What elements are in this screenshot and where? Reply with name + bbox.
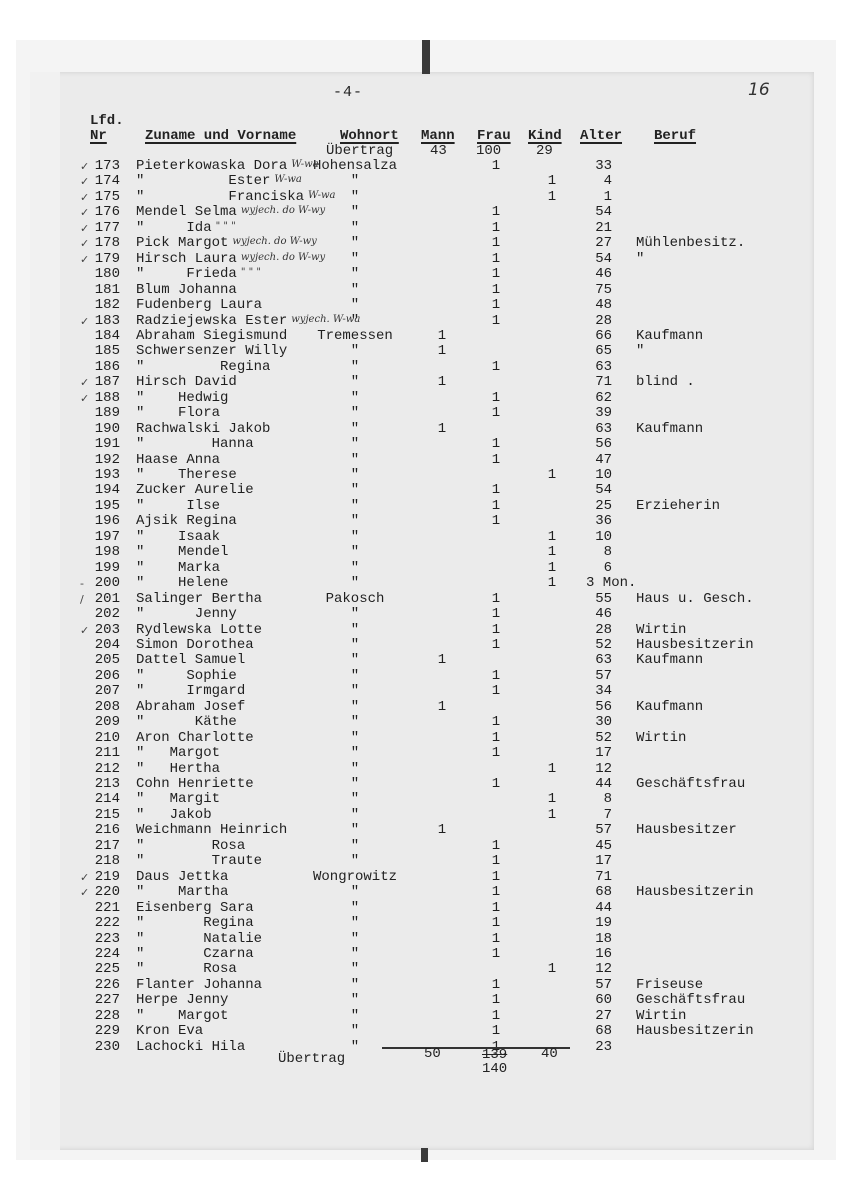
- row-age: 63: [586, 653, 612, 668]
- table-row: ✓220" Martha"168Hausbesitzerin: [0, 885, 848, 900]
- row-number: 202: [90, 607, 120, 622]
- table-row: 222" Regina"119: [0, 916, 848, 931]
- row-name: " Ester: [136, 174, 270, 189]
- check-mark-icon: ✓: [80, 885, 89, 900]
- row-age: 6: [586, 561, 612, 576]
- row-age: 56: [586, 437, 612, 452]
- row-age: 19: [586, 916, 612, 931]
- row-age: 44: [586, 777, 612, 792]
- row-frau-count: 1: [488, 499, 504, 514]
- table-row: ✓219Daus JettkaWongrowitz171: [0, 870, 848, 885]
- row-name: Abraham Josef: [136, 700, 245, 715]
- row-number: 187: [90, 375, 120, 390]
- row-mann-count: 1: [434, 329, 450, 344]
- row-residence: ": [300, 499, 410, 514]
- row-occupation: Kaufmann: [636, 422, 703, 437]
- archive-number: 16: [748, 80, 770, 100]
- table-row: 195" Ilse"125Erzieherin: [0, 499, 848, 514]
- row-frau-count: 1: [488, 514, 504, 529]
- row-name: " Käthe: [136, 715, 237, 730]
- row-age: 25: [586, 499, 612, 514]
- row-residence: ": [300, 623, 410, 638]
- table-row: 228" Margot"127Wirtin: [0, 1009, 848, 1024]
- row-number: 200: [90, 576, 120, 591]
- row-mann-count: 1: [434, 823, 450, 838]
- row-age: 54: [586, 205, 612, 220]
- row-age: 68: [586, 885, 612, 900]
- row-name: " Hedwig: [136, 391, 228, 406]
- carry-out-mann: 50: [424, 1046, 441, 1062]
- row-residence: ": [300, 839, 410, 854]
- row-residence: ": [300, 545, 410, 560]
- row-age: 46: [586, 607, 612, 622]
- row-name: Salinger Bertha: [136, 592, 262, 607]
- table-row: 194Zucker Aurelie"154: [0, 483, 848, 498]
- table-row: ✓178Pick Margot"127Mühlenbesitz.wyjech. …: [0, 236, 848, 251]
- row-frau-count: 1: [488, 159, 504, 174]
- row-frau-count: 1: [488, 236, 504, 251]
- row-name: " Ida: [136, 221, 212, 236]
- carry-in-label: Übertrag: [326, 143, 393, 159]
- row-number: 178: [90, 236, 120, 251]
- row-number: 216: [90, 823, 120, 838]
- row-frau-count: 1: [488, 592, 504, 607]
- row-number: 183: [90, 314, 120, 329]
- table-row: 213Cohn Henriette"144Geschäftsfrau: [0, 777, 848, 792]
- table-row: 190Rachwalski Jakob"163Kaufmann: [0, 422, 848, 437]
- row-number: 193: [90, 468, 120, 483]
- row-frau-count: 1: [488, 916, 504, 931]
- row-number: 198: [90, 545, 120, 560]
- row-frau-count: 1: [488, 437, 504, 452]
- row-frau-count: 1: [488, 1024, 504, 1039]
- row-frau-count: 1: [488, 870, 504, 885]
- row-age: 52: [586, 731, 612, 746]
- row-kind-count: 1: [544, 545, 560, 560]
- row-name: " Regina: [136, 360, 270, 375]
- row-frau-count: 1: [488, 669, 504, 684]
- row-age: 30: [586, 715, 612, 730]
- row-frau-count: 1: [488, 731, 504, 746]
- row-residence: ": [300, 700, 410, 715]
- table-row: 209" Käthe"130: [0, 715, 848, 730]
- row-name: " Mendel: [136, 545, 228, 560]
- row-residence: ": [300, 638, 410, 653]
- handwritten-note: " " ": [216, 219, 236, 234]
- row-residence: ": [300, 854, 410, 869]
- row-age: 1: [586, 190, 612, 205]
- row-residence: Wongrowitz: [300, 870, 410, 885]
- row-occupation: ": [636, 344, 644, 359]
- row-name: Ajsik Regina: [136, 514, 237, 529]
- handwritten-note: W-wa: [291, 157, 318, 172]
- row-age: 10: [586, 468, 612, 483]
- row-occupation: Hausbesitzerin: [636, 885, 754, 900]
- row-residence: ": [300, 762, 410, 777]
- check-mark-icon: ✓: [80, 623, 89, 638]
- row-number: 201: [90, 592, 120, 607]
- row-residence: ": [300, 468, 410, 483]
- table-row: 223" Natalie"118: [0, 932, 848, 947]
- row-name: Radziejewska Ester: [136, 314, 287, 329]
- row-residence: ": [300, 947, 410, 962]
- row-name: " Jakob: [136, 808, 212, 823]
- row-frau-count: 1: [488, 932, 504, 947]
- row-frau-count: 1: [488, 391, 504, 406]
- row-age: 55: [586, 592, 612, 607]
- row-number: 173: [90, 159, 120, 174]
- row-age: 71: [586, 375, 612, 390]
- row-residence: ": [300, 360, 410, 375]
- row-number: 213: [90, 777, 120, 792]
- table-row: ✓177" Ida"121" " ": [0, 221, 848, 236]
- row-age: 10: [586, 530, 612, 545]
- row-number: 191: [90, 437, 120, 452]
- row-name: " Hanna: [136, 437, 254, 452]
- row-name: Rydlewska Lotte: [136, 623, 262, 638]
- row-age: 34: [586, 684, 612, 699]
- row-residence: ": [300, 932, 410, 947]
- row-number: 224: [90, 947, 120, 962]
- row-residence: ": [300, 653, 410, 668]
- table-row: 205Dattel Samuel"163Kaufmann: [0, 653, 848, 668]
- row-age: 65: [586, 344, 612, 359]
- carry-in-kind: 29: [536, 143, 553, 159]
- row-age: 60: [586, 993, 612, 1008]
- row-name: " Rosa: [136, 962, 237, 977]
- row-age: 47: [586, 453, 612, 468]
- table-row: ✓175" Franciska"11W-wa: [0, 190, 848, 205]
- row-number: 215: [90, 808, 120, 823]
- row-age: 17: [586, 854, 612, 869]
- row-age: 54: [586, 483, 612, 498]
- row-occupation: Hausbesitzer: [636, 823, 737, 838]
- handwritten-note: " " ": [241, 265, 261, 280]
- row-residence: ": [300, 901, 410, 916]
- table-row: 191" Hanna"156: [0, 437, 848, 452]
- binder-clip-top: [422, 40, 430, 74]
- table-row: ✓187Hirsch David"171blind .: [0, 375, 848, 390]
- row-occupation: Wirtin: [636, 731, 686, 746]
- row-name: " Flora: [136, 406, 220, 421]
- row-residence: ": [300, 962, 410, 977]
- row-number: 182: [90, 298, 120, 313]
- check-mark-icon: ✓: [80, 391, 89, 406]
- row-age: 45: [586, 839, 612, 854]
- row-number: 208: [90, 700, 120, 715]
- page-number: -4-: [333, 84, 363, 101]
- row-kind-count: 1: [544, 576, 560, 591]
- carry-in-mann: 43: [430, 143, 447, 159]
- row-occupation: blind .: [636, 375, 695, 390]
- handwritten-note: wyjech. do W-wy: [232, 234, 316, 249]
- row-frau-count: 1: [488, 638, 504, 653]
- row-residence: ": [300, 808, 410, 823]
- table-row: 229Kron Eva"168Hausbesitzerin: [0, 1024, 848, 1039]
- row-residence: ": [300, 607, 410, 622]
- row-frau-count: 1: [488, 314, 504, 329]
- row-kind-count: 1: [544, 190, 560, 205]
- row-residence: ": [300, 746, 410, 761]
- row-age: 66: [586, 329, 612, 344]
- row-age: 12: [586, 762, 612, 777]
- row-frau-count: 1: [488, 267, 504, 282]
- row-number: 194: [90, 483, 120, 498]
- row-number: 192: [90, 453, 120, 468]
- row-frau-count: 1: [488, 205, 504, 220]
- table-row: 210Aron Charlotte"152Wirtin: [0, 731, 848, 746]
- row-number: 222: [90, 916, 120, 931]
- table-row: /201Salinger BerthaPakosch155Haus u. Ges…: [0, 592, 848, 607]
- row-occupation: Wirtin: [636, 1009, 686, 1024]
- row-residence: Pakosch: [300, 592, 410, 607]
- row-number: 188: [90, 391, 120, 406]
- row-age: 33: [586, 159, 612, 174]
- table-row: 202" Jenny"146: [0, 607, 848, 622]
- row-residence: ": [300, 823, 410, 838]
- row-residence: ": [300, 792, 410, 807]
- row-name: " Irmgard: [136, 684, 245, 699]
- row-number: 175: [90, 190, 120, 205]
- table-row: 184Abraham SiegismundTremessen166Kaufman…: [0, 329, 848, 344]
- row-occupation: Kaufmann: [636, 653, 703, 668]
- row-number: 190: [90, 422, 120, 437]
- carry-out-frau: 140: [482, 1061, 507, 1077]
- row-age: 57: [586, 669, 612, 684]
- header-wohnort: Wohnort: [340, 128, 399, 144]
- row-occupation: Kaufmann: [636, 329, 703, 344]
- row-name: " Margot: [136, 1009, 228, 1024]
- row-age: 75: [586, 283, 612, 298]
- row-occupation: Haus u. Gesch.: [636, 592, 754, 607]
- row-name: " Marka: [136, 561, 220, 576]
- row-number: 174: [90, 174, 120, 189]
- row-name: Cohn Henriette: [136, 777, 254, 792]
- table-row: 227Herpe Jenny"160Geschäftsfrau: [0, 993, 848, 1008]
- row-kind-count: 1: [544, 561, 560, 576]
- row-occupation: Erzieherin: [636, 499, 720, 514]
- header-kind: Kind: [528, 128, 562, 144]
- table-row: 218" Traute"117: [0, 854, 848, 869]
- row-residence: ": [300, 406, 410, 421]
- table-row: 225" Rosa"112: [0, 962, 848, 977]
- table-row: 182Fudenberg Laura"148: [0, 298, 848, 313]
- row-occupation: Mühlenbesitz.: [636, 236, 745, 251]
- binder-clip-bottom: [421, 1148, 428, 1162]
- row-occupation: Geschäftsfrau: [636, 993, 745, 1008]
- row-number: 205: [90, 653, 120, 668]
- row-name: Schwersenzer Willy: [136, 344, 287, 359]
- row-residence: ": [300, 1009, 410, 1024]
- row-age: 21: [586, 221, 612, 236]
- row-number: 220: [90, 885, 120, 900]
- row-number: 197: [90, 530, 120, 545]
- row-age: 8: [586, 545, 612, 560]
- row-mann-count: 1: [434, 700, 450, 715]
- table-row: 211" Margot"117: [0, 746, 848, 761]
- check-mark-icon: -: [80, 576, 84, 591]
- row-age: 4: [586, 174, 612, 189]
- row-name: Zucker Aurelie: [136, 483, 254, 498]
- row-kind-count: 1: [544, 792, 560, 807]
- row-number: 204: [90, 638, 120, 653]
- row-mann-count: 1: [434, 653, 450, 668]
- header-name: Zuname und Vorname: [145, 128, 296, 144]
- table-row: 199" Marka"16: [0, 561, 848, 576]
- row-number: 229: [90, 1024, 120, 1039]
- row-age: 68: [586, 1024, 612, 1039]
- row-residence: ": [300, 375, 410, 390]
- table-row: 216Weichmann Heinrich"157Hausbesitzer: [0, 823, 848, 838]
- row-frau-count: 1: [488, 947, 504, 962]
- row-residence: ": [300, 514, 410, 529]
- row-frau-count: 1: [488, 993, 504, 1008]
- table-row: 181Blum Johanna"175: [0, 283, 848, 298]
- row-number: 218: [90, 854, 120, 869]
- table-row: 185Schwersenzer Willy"165": [0, 344, 848, 359]
- handwritten-note: W-wa: [274, 172, 301, 187]
- row-kind-count: 1: [544, 530, 560, 545]
- row-occupation: Wirtin: [636, 623, 686, 638]
- row-age: 17: [586, 746, 612, 761]
- row-frau-count: 1: [488, 607, 504, 622]
- table-row: 226Flanter Johanna"157Friseuse: [0, 978, 848, 993]
- table-row: ✓188" Hedwig"162: [0, 391, 848, 406]
- row-name: " Martha: [136, 885, 228, 900]
- row-number: 211: [90, 746, 120, 761]
- table-row: 186" Regina"163: [0, 360, 848, 375]
- table-row: 206" Sophie"157: [0, 669, 848, 684]
- row-name: Flanter Johanna: [136, 978, 262, 993]
- row-frau-count: 1: [488, 684, 504, 699]
- header-nr: Nr: [90, 128, 107, 144]
- check-mark-icon: ✓: [80, 159, 89, 174]
- table-row: ✓174" Ester"14W-wa: [0, 174, 848, 189]
- row-name: Pick Margot: [136, 236, 228, 251]
- row-mann-count: 1: [434, 375, 450, 390]
- check-mark-icon: ✓: [80, 205, 89, 220]
- row-number: 227: [90, 993, 120, 1008]
- table-row: 208Abraham Josef"156Kaufmann: [0, 700, 848, 715]
- table-row: 212" Hertha"112: [0, 762, 848, 777]
- handwritten-note: wyjech. do W-wy: [241, 250, 325, 265]
- row-residence: ": [300, 422, 410, 437]
- row-frau-count: 1: [488, 854, 504, 869]
- row-name: " Jenny: [136, 607, 237, 622]
- row-frau-count: 1: [488, 623, 504, 638]
- row-number: 212: [90, 762, 120, 777]
- row-age: 16: [586, 947, 612, 962]
- row-frau-count: 1: [488, 406, 504, 421]
- row-residence: ": [300, 453, 410, 468]
- check-mark-icon: ✓: [80, 375, 89, 390]
- row-number: 228: [90, 1009, 120, 1024]
- row-occupation: ": [636, 252, 644, 267]
- row-name: " Hertha: [136, 762, 220, 777]
- row-kind-count: 1: [544, 962, 560, 977]
- row-number: 196: [90, 514, 120, 529]
- row-name: Blum Johanna: [136, 283, 237, 298]
- table-row: 224" Czarna"116: [0, 947, 848, 962]
- row-residence: ": [300, 731, 410, 746]
- row-number: 185: [90, 344, 120, 359]
- row-number: 225: [90, 962, 120, 977]
- row-age: 3 Mon.: [586, 576, 612, 591]
- row-number: 214: [90, 792, 120, 807]
- row-age: 71: [586, 870, 612, 885]
- row-residence: ": [300, 684, 410, 699]
- check-mark-icon: ✓: [80, 174, 89, 189]
- row-residence: ": [300, 715, 410, 730]
- row-age: 44: [586, 901, 612, 916]
- row-residence: ": [300, 267, 410, 282]
- check-mark-icon: ✓: [80, 314, 89, 329]
- check-mark-icon: ✓: [80, 190, 89, 205]
- table-row: 196Ajsik Regina"136: [0, 514, 848, 529]
- row-number: 186: [90, 360, 120, 375]
- row-occupation: Hausbesitzerin: [636, 638, 754, 653]
- row-age: 23: [586, 1040, 612, 1055]
- check-mark-icon: ✓: [80, 252, 89, 267]
- row-number: 226: [90, 978, 120, 993]
- row-residence: ": [300, 483, 410, 498]
- table-row: 204Simon Dorothea"152Hausbesitzerin: [0, 638, 848, 653]
- table-row: 221Eisenberg Sara"144: [0, 901, 848, 916]
- row-occupation: Geschäftsfrau: [636, 777, 745, 792]
- row-frau-count: 1: [488, 839, 504, 854]
- row-name: " Margit: [136, 792, 220, 807]
- table-row: 217" Rosa"145: [0, 839, 848, 854]
- row-residence: ": [300, 1024, 410, 1039]
- header-mann: Mann: [421, 128, 455, 144]
- row-name: Aron Charlotte: [136, 731, 254, 746]
- row-number: 210: [90, 731, 120, 746]
- row-number: 189: [90, 406, 120, 421]
- row-frau-count: 1: [488, 453, 504, 468]
- row-age: 12: [586, 962, 612, 977]
- row-name: " Isaak: [136, 530, 220, 545]
- row-age: 56: [586, 700, 612, 715]
- handwritten-note: wyjech. W-wa: [291, 312, 360, 327]
- row-occupation: Friseuse: [636, 978, 703, 993]
- table-row: 193" Therese"110: [0, 468, 848, 483]
- row-frau-count: 1: [488, 221, 504, 236]
- row-name: Herpe Jenny: [136, 993, 228, 1008]
- check-mark-icon: ✓: [80, 236, 89, 251]
- row-frau-count: 1: [488, 746, 504, 761]
- row-name: " Frieda: [136, 267, 237, 282]
- row-mann-count: 1: [434, 422, 450, 437]
- row-residence: ": [300, 561, 410, 576]
- row-age: 46: [586, 267, 612, 282]
- carry-in-frau: 100: [476, 143, 501, 159]
- row-frau-count: 1: [488, 283, 504, 298]
- row-age: 18: [586, 932, 612, 947]
- row-age: 57: [586, 978, 612, 993]
- header-lfd: Lfd.: [90, 113, 124, 129]
- row-kind-count: 1: [544, 468, 560, 483]
- row-frau-count: 1: [488, 1009, 504, 1024]
- table-row: ✓173Pieterkowaska DoraHohensalza133W-wa: [0, 159, 848, 174]
- row-age: 27: [586, 1009, 612, 1024]
- check-mark-icon: ✓: [80, 870, 89, 885]
- table-row: ✓176Mendel Selma"154wyjech. do W-wy: [0, 205, 848, 220]
- row-frau-count: 1: [488, 360, 504, 375]
- row-residence: ": [300, 437, 410, 452]
- table-row: ✓203Rydlewska Lotte"128Wirtin: [0, 623, 848, 638]
- header-frau: Frau: [477, 128, 511, 144]
- table-row: 215" Jakob"17: [0, 808, 848, 823]
